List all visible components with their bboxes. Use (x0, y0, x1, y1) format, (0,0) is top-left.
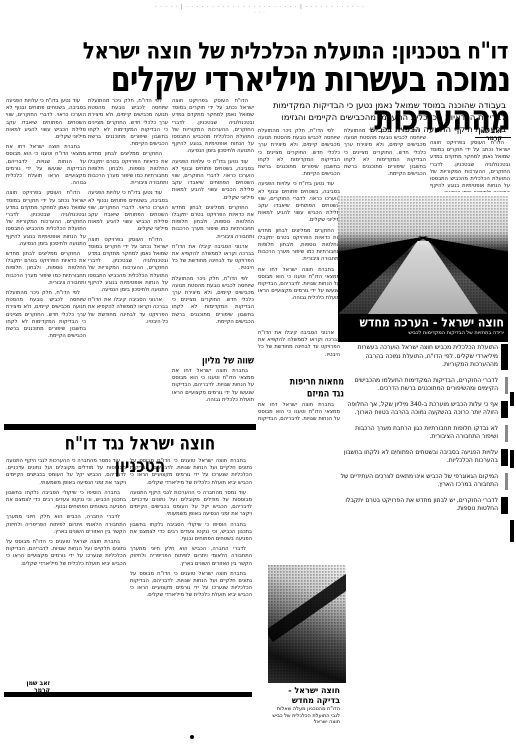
sidebar-item: המיקום הגאוגרפי של הכביש אינו מתאים לצרכ… (338, 473, 508, 490)
small-caption-body: הדו"ח מהטכניון מעלה שאלות לגבי התועלת הכ… (270, 706, 340, 726)
bullet-marker-icon (505, 377, 508, 394)
bullet-marker-icon (501, 449, 508, 466)
road-diagonal (268, 565, 346, 642)
photo-caption-title: חוצה ישראל - הערכה מחדש (342, 315, 504, 331)
sidebar-item: אף כי עלות הכביש מוערכת ב-340 מיליון שקל… (338, 401, 508, 418)
section-two-column-1: בחברת חוצה ישראל טוענים כי הדו"ח מבוסס ע… (130, 458, 252, 692)
article-column-6: עוד נטען בדו"ח כי עלויות הפגיעה בסביבה, … (6, 98, 86, 416)
subhead-million: שווה של מליון (174, 355, 254, 367)
article-column-1: הדו"ח העוסק בפרויקט חוצה ישראל נכתב על י… (430, 140, 510, 192)
section-rule-top (4, 424, 256, 430)
article-column-3c: בחברת חוצה ישראל דחו את ממצאי הדו"ח וטענ… (258, 402, 340, 424)
bullet-marker-icon (501, 497, 508, 514)
masthead: · · · · · · · · · · · · | · · · · · · · … (60, 4, 460, 18)
edge-scan-mark (510, 450, 514, 468)
article-column-4: הדו"ח העוסק בפרויקט חוצה ישראל נכתב על י… (172, 98, 254, 354)
byline-rule (475, 137, 511, 138)
edge-scan-mark (510, 520, 514, 542)
sidebar-findings-list: התועלת הכלכלית מכביש חוצה ישראל הוערכה ב… (338, 344, 508, 521)
page-dot (190, 735, 194, 739)
photo-caption-band: חוצה ישראל - הערכה מחדש ירידה בתחזיות של… (338, 314, 508, 342)
section-two-column-2: עוד נמסר מהחברה כי ההערכות לגבי היקף התנ… (6, 458, 126, 676)
article-column-2: לפי הדו"ח, חלק ניכר מהתועלת שיוחסה לכביש… (344, 128, 426, 192)
article-column-5: לפי הדו"ח, חלק ניכר מהתועלת שיוחסה לכביש… (88, 98, 168, 416)
article-column-4b: בחברת חוצה ישראל דחו את ממצאי הדו"ח וטענ… (172, 368, 254, 418)
road-photo-small (268, 565, 346, 683)
sidebar-item: לדברי החוקרים, הבדיקות המקדימות התעלמו מ… (338, 377, 508, 394)
small-photo-caption: חוצה ישראל - בדיקה מחדש הדו"ח מהטכניון מ… (270, 686, 340, 726)
subhead-protests: מחאות חריפות נגד המיזם (260, 376, 344, 400)
small-caption-title: חוצה ישראל - בדיקה מחדש (270, 686, 340, 706)
section-rule-bottom (4, 692, 252, 697)
sidebar-item: עלויות הפגיעה בסביבה ובשטחים הפתוחים לא … (338, 449, 508, 466)
bullet-marker-icon (505, 473, 508, 490)
edge-scan-mark (510, 392, 514, 406)
sidebar-item: לדברי החוקרים, יש לבחון מחדש את הפרויקט … (338, 497, 508, 514)
bullet-marker-icon (501, 401, 508, 418)
sidebar-item: התועלת הכלכלית מכביש חוצה ישראל הוערכה ב… (338, 344, 508, 370)
bullet-marker-icon (501, 344, 508, 370)
road-photo (338, 196, 508, 314)
article-column-3: לפי הדו"ח, חלק ניכר מהתועלת שיוחסה לכביש… (258, 128, 340, 328)
article-column-3b: ארגוני הסביבה קיבלו את הדו"ח בברכה וקראו… (258, 330, 340, 370)
page-mark: · · · (60, 10, 460, 15)
sidebar-item: לא נבדקו חלופות תחבורתיות כגון הרחבת מער… (338, 425, 508, 442)
bullet-marker-icon (505, 425, 508, 442)
